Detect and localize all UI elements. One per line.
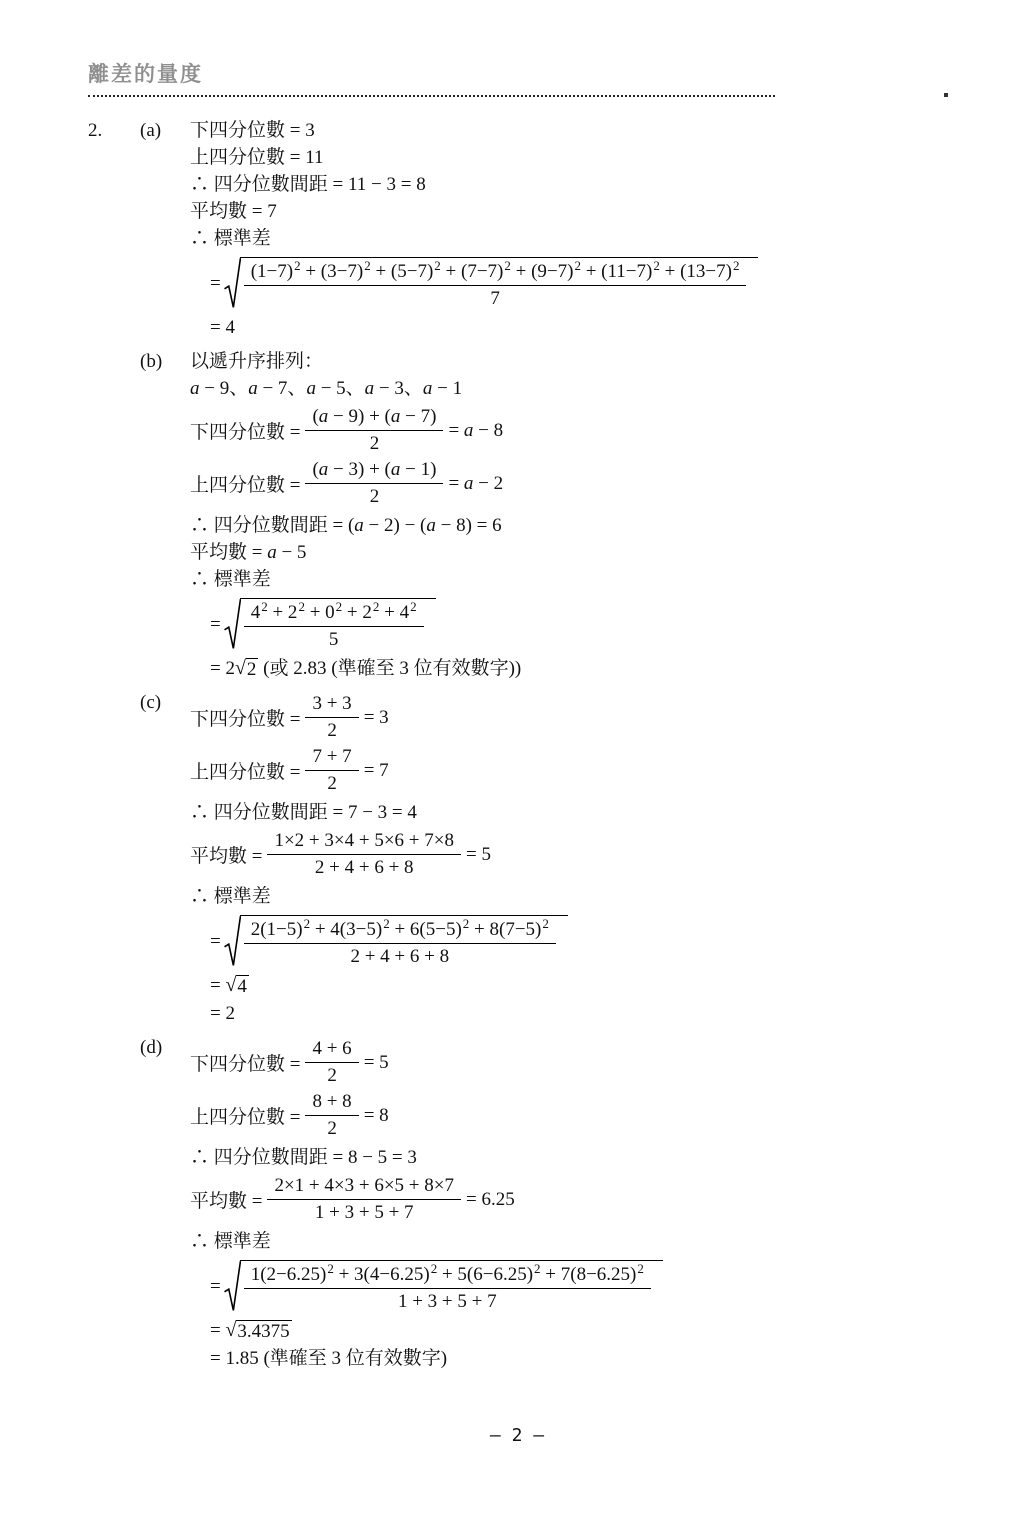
fraction: 42 + 22 + 02 + 22 + 42 5 bbox=[244, 602, 424, 651]
page-title: 離差的量度 bbox=[88, 63, 203, 86]
fraction: (a − 9) + (a − 7) 2 bbox=[305, 406, 443, 455]
formula-pre: 下四分位數 = bbox=[190, 417, 300, 444]
part-b: (b) 以遞升序排列： a − 9、a − 7、a − 5、a − 3、a − … bbox=[140, 348, 1034, 683]
page-header: 離差的量度 bbox=[88, 58, 775, 97]
result-line: = √4 bbox=[210, 972, 1034, 1000]
formula-post: = a − 2 bbox=[448, 473, 503, 495]
equals-sign: = bbox=[210, 931, 221, 953]
fraction: 1(2−6.25)2 + 3(4−6.25)2 + 5(6−6.25)2 + 7… bbox=[244, 1264, 651, 1313]
formula-post: = 8 bbox=[364, 1105, 389, 1127]
sd-formula-line: = 2(1−5)2 + 4(3−5)2 + 6(5−5)2 + 8(7−5)2 … bbox=[210, 915, 1034, 968]
fraction-denominator: 2 bbox=[305, 771, 358, 795]
fraction-denominator: 1 + 3 + 5 + 7 bbox=[267, 1200, 461, 1224]
sd-label-line: ∴ 標準差 bbox=[190, 566, 1034, 593]
result-line: = 2√2 (或 2.83 (準確至 3 位有效數字)) bbox=[210, 655, 1034, 683]
part-b-label: (b) bbox=[140, 348, 190, 375]
fraction-numerator: 2×1 + 4×3 + 6×5 + 8×7 bbox=[267, 1175, 461, 1200]
fraction: (1−7)2 + (3−7)2 + (5−7)2 + (7−7)2 + (9−7… bbox=[244, 261, 747, 310]
mean-line: 平均數 = 1×2 + 3×4 + 5×6 + 7×8 2 + 4 + 6 + … bbox=[190, 830, 1034, 879]
fraction: 8 + 8 2 bbox=[305, 1091, 358, 1140]
fraction-denominator: 1 + 3 + 5 + 7 bbox=[244, 1289, 651, 1313]
fraction: (a − 3) + (a − 1) 2 bbox=[305, 459, 443, 508]
fraction: 2(1−5)2 + 4(3−5)2 + 6(5−5)2 + 8(7−5)2 2 … bbox=[244, 919, 556, 968]
upper-quartile-line: 上四分位數 = 8 + 8 2 = 8 bbox=[190, 1091, 1034, 1140]
upper-quartile-line: 上四分位數 = 7 + 7 2 = 7 bbox=[190, 746, 1034, 795]
lower-quartile-line: 下四分位數 = 3 bbox=[190, 117, 1034, 144]
radicand: 1(2−6.25)2 + 3(4−6.25)2 + 5(6−6.25)2 + 7… bbox=[240, 1260, 663, 1313]
fraction-numerator: 8 + 8 bbox=[305, 1091, 358, 1116]
fraction: 4 + 6 2 bbox=[305, 1038, 358, 1087]
fraction-denominator: 2 bbox=[305, 431, 443, 455]
part-c-label: (c) bbox=[140, 689, 190, 716]
fraction: 3 + 3 2 bbox=[305, 693, 358, 742]
fraction-numerator: 2(1−5)2 + 4(3−5)2 + 6(5−5)2 + 8(7−5)2 bbox=[244, 919, 556, 944]
problem-parts: (a) 下四分位數 = 3 上四分位數 = 11 ∴ 四分位數間距 = 11 −… bbox=[140, 117, 1034, 1379]
sequence-line: a − 9、a − 7、a − 5、a − 3、a − 1 bbox=[190, 375, 1034, 402]
result-line: = √3.4375 bbox=[210, 1317, 1034, 1345]
formula-post: = 5 bbox=[466, 844, 491, 866]
part-a-label: (a) bbox=[140, 117, 190, 144]
fraction-denominator: 2 bbox=[305, 484, 443, 508]
equals-sign: = bbox=[210, 614, 221, 636]
part-d: (d) 下四分位數 = 4 + 6 2 = 5 上四分位數 = 8 + 8 bbox=[140, 1034, 1034, 1373]
radicand: 2(1−5)2 + 4(3−5)2 + 6(5−5)2 + 8(7−5)2 2 … bbox=[240, 915, 568, 968]
part-c-body: 下四分位數 = 3 + 3 2 = 3 上四分位數 = 7 + 7 2 bbox=[190, 689, 1034, 1028]
fraction-denominator: 2 bbox=[305, 1063, 358, 1087]
page-number: – 2 – bbox=[0, 1425, 1034, 1446]
square-root: 1(2−6.25)2 + 3(4−6.25)2 + 5(6−6.25)2 + 7… bbox=[224, 1260, 663, 1313]
fraction-numerator: 4 + 6 bbox=[305, 1038, 358, 1063]
result-line: = 4 bbox=[210, 314, 1034, 342]
part-a: (a) 下四分位數 = 3 上四分位數 = 11 ∴ 四分位數間距 = 11 −… bbox=[140, 117, 1034, 342]
lower-quartile-line: 下四分位數 = 3 + 3 2 = 3 bbox=[190, 693, 1034, 742]
fraction-numerator: 3 + 3 bbox=[305, 693, 358, 718]
formula-pre: 下四分位數 = bbox=[190, 704, 300, 731]
formula-post: = 3 bbox=[364, 707, 389, 729]
fraction-numerator: (a − 9) + (a − 7) bbox=[305, 406, 443, 431]
fraction-numerator: 42 + 22 + 02 + 22 + 42 bbox=[244, 602, 424, 627]
part-d-body: 下四分位數 = 4 + 6 2 = 5 上四分位數 = 8 + 8 2 bbox=[190, 1034, 1034, 1373]
iqr-line: ∴ 四分位數間距 = 11 − 3 = 8 bbox=[190, 171, 1034, 198]
part-a-body: 下四分位數 = 3 上四分位數 = 11 ∴ 四分位數間距 = 11 − 3 =… bbox=[190, 117, 1034, 342]
lower-quartile-line: 下四分位數 = (a − 9) + (a − 7) 2 = a − 8 bbox=[190, 406, 1034, 455]
formula-pre: 上四分位數 = bbox=[190, 470, 300, 497]
sd-label-line: ∴ 標準差 bbox=[190, 225, 1034, 252]
equals-sign: = bbox=[210, 1276, 221, 1298]
radicand: (1−7)2 + (3−7)2 + (5−7)2 + (7−7)2 + (9−7… bbox=[240, 257, 759, 310]
fraction: 1×2 + 3×4 + 5×6 + 7×8 2 + 4 + 6 + 8 bbox=[267, 830, 461, 879]
sd-label-line: ∴ 標準差 bbox=[190, 1228, 1034, 1255]
upper-quartile-line: 上四分位數 = 11 bbox=[190, 144, 1034, 171]
result-line: = 1.85 (準確至 3 位有效數字) bbox=[210, 1345, 1034, 1373]
iqr-line: ∴ 四分位數間距 = (a − 2) − (a − 8) = 6 bbox=[190, 512, 1034, 539]
corner-dot-mark bbox=[944, 93, 948, 97]
lower-quartile-line: 下四分位數 = 4 + 6 2 = 5 bbox=[190, 1038, 1034, 1087]
formula-pre: 上四分位數 = bbox=[190, 1102, 300, 1129]
formula-pre: 平均數 = bbox=[190, 1186, 262, 1213]
fraction-denominator: 2 bbox=[305, 1116, 358, 1140]
fraction-denominator: 5 bbox=[244, 627, 424, 651]
radicand: 42 + 22 + 02 + 22 + 42 5 bbox=[240, 598, 436, 651]
part-b-body: 以遞升序排列： a − 9、a − 7、a − 5、a − 3、a − 1 下四… bbox=[190, 348, 1034, 683]
mean-line: 平均數 = 2×1 + 4×3 + 6×5 + 8×7 1 + 3 + 5 + … bbox=[190, 1175, 1034, 1224]
result-line: = 2 bbox=[210, 1000, 1034, 1028]
fraction-denominator: 7 bbox=[244, 286, 747, 310]
problem-2: 2. (a) 下四分位數 = 3 上四分位數 = 11 ∴ 四分位數間距 = 1… bbox=[88, 117, 1034, 1379]
square-root: 2(1−5)2 + 4(3−5)2 + 6(5−5)2 + 8(7−5)2 2 … bbox=[224, 915, 568, 968]
fraction-numerator: 7 + 7 bbox=[305, 746, 358, 771]
fraction-denominator: 2 + 4 + 6 + 8 bbox=[244, 944, 556, 968]
radical-icon bbox=[224, 257, 241, 310]
document-page: 離差的量度 2. (a) 下四分位數 = 3 上四分位數 = 11 ∴ 四分位數… bbox=[0, 0, 1034, 1519]
fraction-denominator: 2 + 4 + 6 + 8 bbox=[267, 855, 461, 879]
mean-line: 平均數 = 7 bbox=[190, 198, 1034, 225]
radical-icon bbox=[224, 915, 241, 968]
sd-formula-line: = 1(2−6.25)2 + 3(4−6.25)2 + 5(6−6.25)2 +… bbox=[210, 1260, 1034, 1313]
fraction: 2×1 + 4×3 + 6×5 + 8×7 1 + 3 + 5 + 7 bbox=[267, 1175, 461, 1224]
fraction-numerator: 1(2−6.25)2 + 3(4−6.25)2 + 5(6−6.25)2 + 7… bbox=[244, 1264, 651, 1289]
formula-post: = a − 8 bbox=[448, 420, 503, 442]
intro-line: 以遞升序排列： bbox=[190, 348, 1034, 375]
mean-line: 平均數 = a − 5 bbox=[190, 539, 1034, 566]
formula-pre: 下四分位數 = bbox=[190, 1049, 300, 1076]
sd-formula-line: = 42 + 22 + 02 + 22 + 42 5 bbox=[210, 598, 1034, 651]
part-c: (c) 下四分位數 = 3 + 3 2 = 3 上四分位數 = 7 + 7 bbox=[140, 689, 1034, 1028]
square-root: (1−7)2 + (3−7)2 + (5−7)2 + (7−7)2 + (9−7… bbox=[224, 257, 759, 310]
radical-icon bbox=[224, 598, 241, 651]
iqr-line: ∴ 四分位數間距 = 7 − 3 = 4 bbox=[190, 799, 1034, 826]
upper-quartile-line: 上四分位數 = (a − 3) + (a − 1) 2 = a − 2 bbox=[190, 459, 1034, 508]
formula-post: = 5 bbox=[364, 1052, 389, 1074]
fraction: 7 + 7 2 bbox=[305, 746, 358, 795]
sd-label-line: ∴ 標準差 bbox=[190, 883, 1034, 910]
fraction-denominator: 2 bbox=[305, 718, 358, 742]
square-root: 42 + 22 + 02 + 22 + 42 5 bbox=[224, 598, 436, 651]
fraction-numerator: (1−7)2 + (3−7)2 + (5−7)2 + (7−7)2 + (9−7… bbox=[244, 261, 747, 286]
problem-number: 2. bbox=[88, 117, 140, 144]
formula-post: = 6.25 bbox=[466, 1189, 515, 1211]
fraction-numerator: (a − 3) + (a − 1) bbox=[305, 459, 443, 484]
part-d-label: (d) bbox=[140, 1034, 190, 1061]
fraction-numerator: 1×2 + 3×4 + 5×6 + 7×8 bbox=[267, 830, 461, 855]
sd-formula-line: = (1−7)2 + (3−7)2 + (5−7)2 + (7−7)2 + (9… bbox=[210, 257, 1034, 310]
formula-pre: 平均數 = bbox=[190, 841, 262, 868]
radical-icon bbox=[224, 1260, 241, 1313]
iqr-line: ∴ 四分位數間距 = 8 − 5 = 3 bbox=[190, 1144, 1034, 1171]
equals-sign: = bbox=[210, 273, 221, 295]
formula-post: = 7 bbox=[364, 760, 389, 782]
formula-pre: 上四分位數 = bbox=[190, 757, 300, 784]
